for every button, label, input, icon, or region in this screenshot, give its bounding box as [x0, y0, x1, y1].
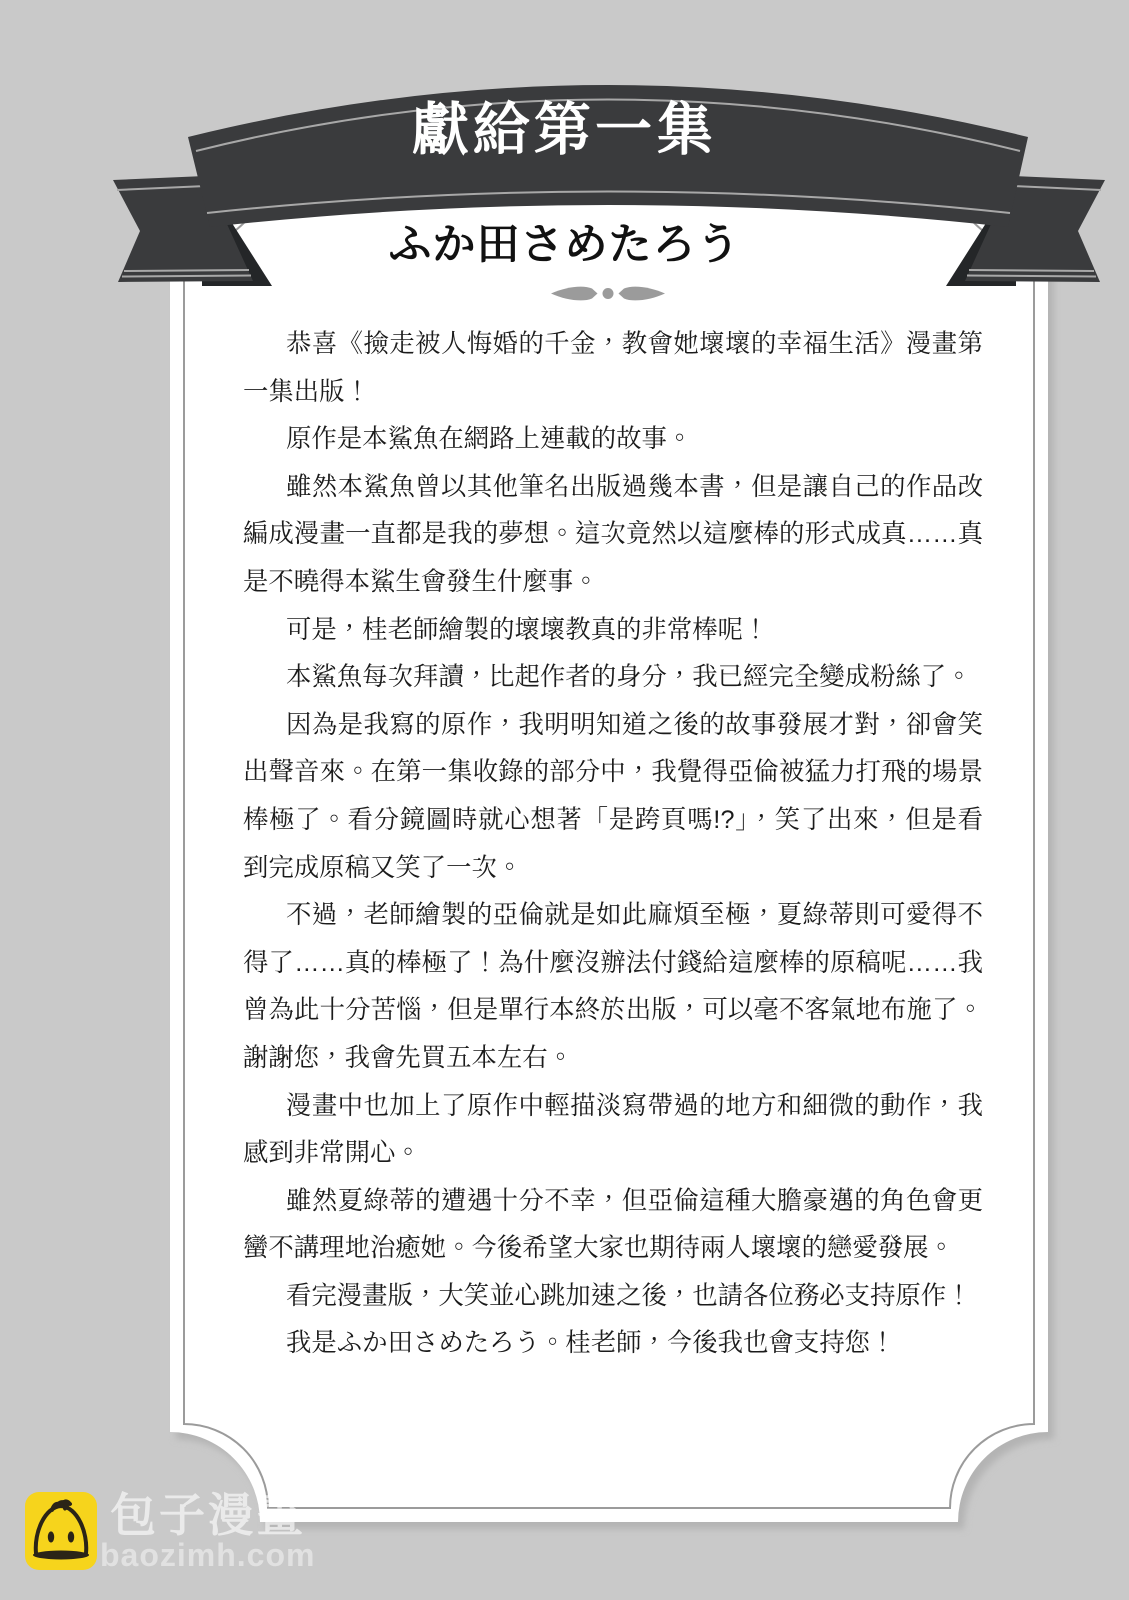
afterword-paragraph: 因為是我寫的原作，我明明知道之後的故事發展才對，卻會笑出聲音來。在第一集收錄的部… — [243, 702, 983, 892]
afterword-paragraph: 原作是本鯊魚在網路上連載的故事。 — [243, 416, 983, 464]
banner-title: 獻給第一集 — [0, 100, 1129, 162]
afterword-paragraph: 看完漫畫版，大笑並心跳加速之後，也請各位務必支持原作！ — [243, 1273, 983, 1321]
afterword-paragraph: 我是ふか田さめたろう。桂老師，今後我也會支持您！ — [243, 1320, 983, 1368]
watermark: 包子漫畫 baozimh.com — [0, 1488, 1129, 1600]
afterword-text: 恭喜《撿走被人悔婚的千金，教會她壞壞的幸福生活》漫畫第一集出版！原作是本鯊魚在網… — [243, 321, 983, 1368]
bao-bun-icon — [25, 1492, 97, 1570]
afterword-paragraph: 不過，老師繪製的亞倫就是如此麻煩至極，夏綠蒂則可愛得不得了……真的棒極了！為什麼… — [243, 892, 983, 1082]
afterword-paragraph: 漫畫中也加上了原作中輕描淡寫帶過的地方和細微的動作，我感到非常開心。 — [243, 1083, 983, 1178]
watermark-site-name: 包子漫畫 — [110, 1490, 306, 1541]
afterword-paragraph: 雖然夏綠蒂的遭遇十分不幸，但亞倫這種大膽豪邁的角色會更蠻不講理地治癒她。今後希望… — [243, 1178, 983, 1273]
afterword-paragraph: 可是，桂老師繪製的壞壞教真的非常棒呢！ — [243, 607, 983, 655]
page-background: { "page": { "background_color": "#c9c9c9… — [0, 0, 1129, 1600]
watermark-site-url: baozimh.com — [100, 1538, 315, 1573]
afterword-paragraph: 本鯊魚每次拜讀，比起作者的身分，我已經完全變成粉絲了。 — [243, 654, 983, 702]
afterword-paragraph: 雖然本鯊魚曾以其他筆名出版過幾本書，但是讓自己的作品改編成漫畫一直都是我的夢想。… — [243, 464, 983, 607]
ribbon-banner — [0, 0, 1129, 340]
